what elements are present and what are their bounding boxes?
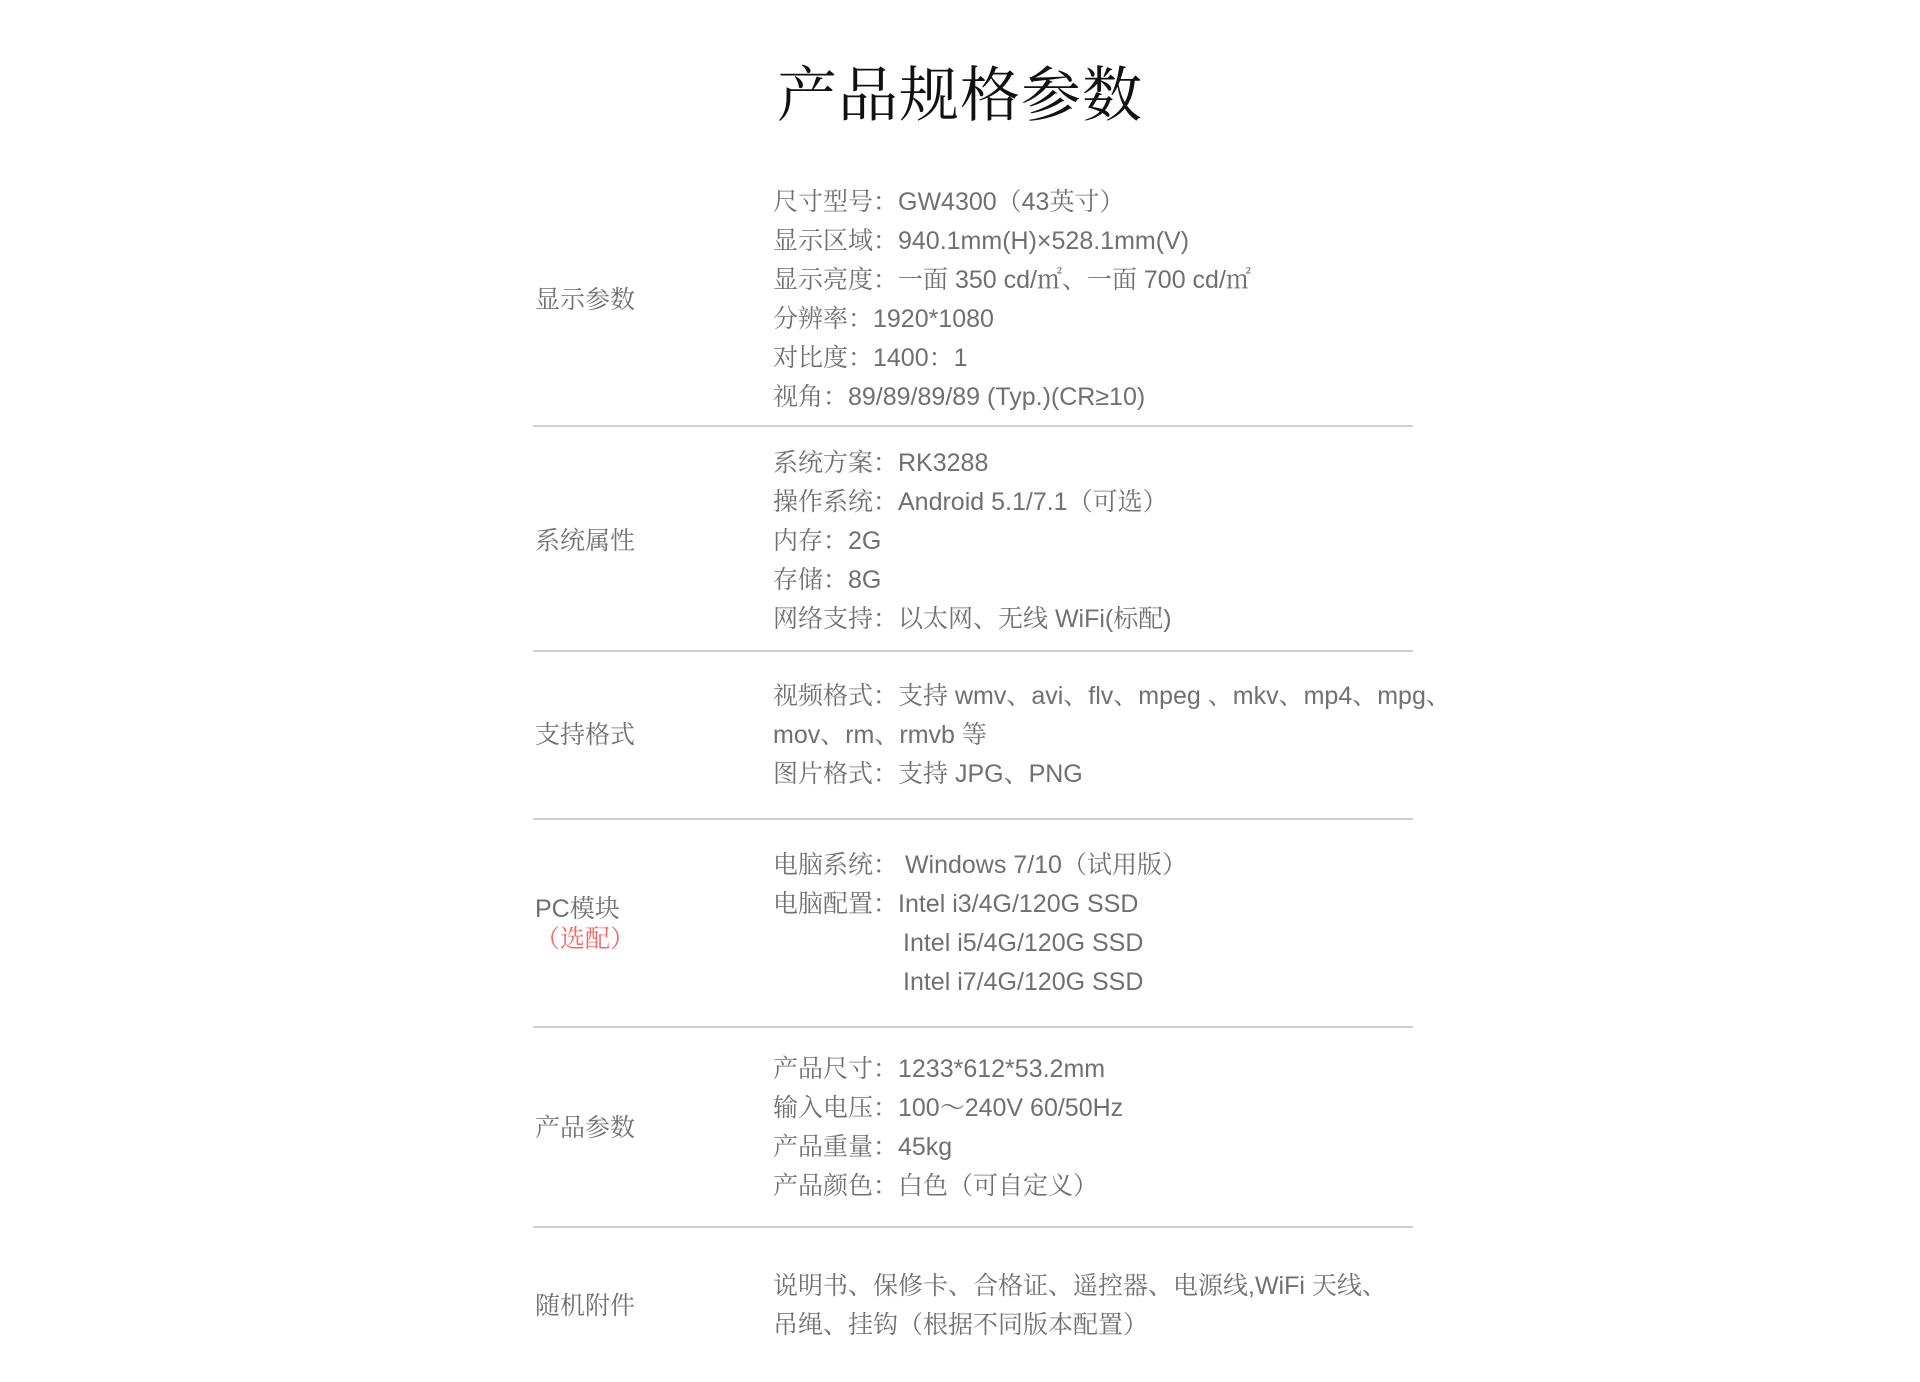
spec-line: 操作系统：Android 5.1/7.1（可选） <box>773 483 1415 522</box>
spec-line: 图片格式：支持 JPG、PNG <box>773 755 1451 794</box>
spec-line: 显示亮度：一面 350 cd/㎡、一面 700 cd/㎡ <box>773 261 1415 300</box>
spec-line: 内存：2G <box>773 522 1415 561</box>
section-values: 产品尺寸：1233*612*53.2mm 输入电压：100～240V 60/50… <box>773 1050 1415 1206</box>
section-label: 产品参数 <box>535 1113 773 1143</box>
section-values: 系统方案：RK3288 操作系统：Android 5.1/7.1（可选） 内存：… <box>773 444 1415 639</box>
section-label: 系统属性 <box>535 526 773 556</box>
spec-section-system: 系统属性 系统方案：RK3288 操作系统：Android 5.1/7.1（可选… <box>535 432 1415 650</box>
spec-section-accessories: 随机附件 说明书、保修卡、合格证、遥控器、电源线,WiFi 天线、 吊绳、挂钩（… <box>535 1262 1415 1350</box>
spec-line: 电脑系统： Windows 7/10（试用版） <box>773 846 1415 885</box>
spec-line: Intel i5/4G/120G SSD <box>773 924 1415 963</box>
spec-line: 说明书、保修卡、合格证、遥控器、电源线,WiFi 天线、 <box>773 1267 1415 1306</box>
section-label: PC模块 （选配） <box>535 894 773 954</box>
spec-line: 产品颜色：白色（可自定义） <box>773 1167 1415 1206</box>
spec-line: 网络支持：以太网、无线 WiFi(标配) <box>773 600 1415 639</box>
page-title: 产品规格参数 <box>0 58 1920 134</box>
section-label-text: PC模块 <box>535 895 620 923</box>
section-divider <box>533 425 1413 427</box>
spec-section-formats: 支持格式 视频格式：支持 wmv、avi、flv、mpeg 、mkv、mp4、m… <box>535 652 1415 818</box>
spec-line: 显示区域：940.1mm(H)×528.1mm(V) <box>773 222 1415 261</box>
spec-line: 系统方案：RK3288 <box>773 444 1415 483</box>
spec-line: 视角：89/89/89/89 (Typ.)(CR≥10) <box>773 378 1415 417</box>
spec-section-pc-module: PC模块 （选配） 电脑系统： Windows 7/10（试用版） 电脑配置：I… <box>535 822 1415 1026</box>
optional-badge: （选配） <box>535 924 773 954</box>
section-values: 视频格式：支持 wmv、avi、flv、mpeg 、mkv、mp4、mpg、 m… <box>773 677 1451 794</box>
section-divider <box>533 1226 1413 1228</box>
section-label: 支持格式 <box>535 720 773 750</box>
spec-line: Intel i7/4G/120G SSD <box>773 963 1415 1002</box>
spec-section-product: 产品参数 产品尺寸：1233*612*53.2mm 输入电压：100～240V … <box>535 1030 1415 1226</box>
spec-line: mov、rm、rmvb 等 <box>773 716 1451 755</box>
spec-line: 输入电压：100～240V 60/50Hz <box>773 1089 1415 1128</box>
spec-section-display: 显示参数 尺寸型号：GW4300（43英寸） 显示区域：940.1mm(H)×5… <box>535 178 1415 422</box>
spec-line: 分辨率：1920*1080 <box>773 300 1415 339</box>
section-divider <box>533 818 1413 820</box>
spec-line: 存储：8G <box>773 561 1415 600</box>
spec-line: 视频格式：支持 wmv、avi、flv、mpeg 、mkv、mp4、mpg、 <box>773 677 1451 716</box>
section-values: 尺寸型号：GW4300（43英寸） 显示区域：940.1mm(H)×528.1m… <box>773 183 1415 417</box>
spec-line: 电脑配置：Intel i3/4G/120G SSD <box>773 885 1415 924</box>
section-divider <box>533 1026 1413 1028</box>
spec-line: 对比度：1400：1 <box>773 339 1415 378</box>
section-label: 随机附件 <box>535 1291 773 1321</box>
section-values: 电脑系统： Windows 7/10（试用版） 电脑配置：Intel i3/4G… <box>773 846 1415 1002</box>
spec-line: 产品重量：45kg <box>773 1128 1415 1167</box>
section-values: 说明书、保修卡、合格证、遥控器、电源线,WiFi 天线、 吊绳、挂钩（根据不同版… <box>773 1267 1415 1345</box>
spec-line: 尺寸型号：GW4300（43英寸） <box>773 183 1415 222</box>
spec-line: 吊绳、挂钩（根据不同版本配置） <box>773 1306 1415 1345</box>
spec-line: 产品尺寸：1233*612*53.2mm <box>773 1050 1415 1089</box>
section-label: 显示参数 <box>535 285 773 315</box>
